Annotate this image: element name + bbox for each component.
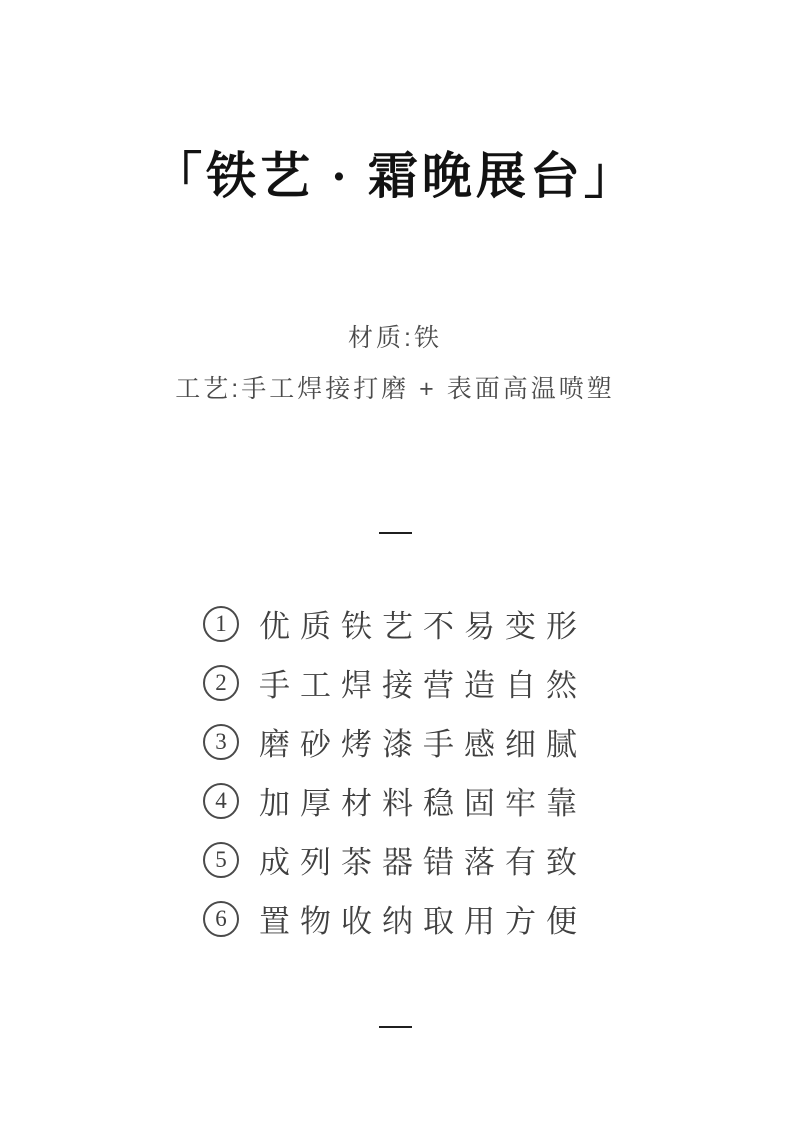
feature-text: 手工焊接营造自然	[259, 660, 587, 705]
feature-row: 3 磨砂烤漆手感细腻	[0, 712, 790, 771]
feature-number-badge: 5	[203, 842, 239, 878]
spec-block: 材质:铁 工艺:手工焊接打磨 + 表面高温喷塑	[0, 325, 790, 403]
divider-bottom	[379, 1026, 412, 1028]
spec-craft: 工艺:手工焊接打磨 + 表面高温喷塑	[0, 376, 790, 403]
feature-number-badge: 4	[203, 783, 239, 819]
feature-text: 加厚材料稳固牢靠	[259, 778, 587, 823]
feature-list: 1 优质铁艺不易变形 2 手工焊接营造自然 3 磨砂烤漆手感细腻 4 加厚材料稳…	[0, 594, 790, 948]
feature-number-badge: 3	[203, 724, 239, 760]
feature-row: 4 加厚材料稳固牢靠	[0, 771, 790, 830]
feature-row: 6 置物收纳取用方便	[0, 889, 790, 948]
spec-material: 材质:铁	[0, 325, 790, 352]
divider-top	[379, 532, 412, 534]
feature-row: 5 成列茶器错落有致	[0, 830, 790, 889]
product-description-page: 「铁艺 · 霜晚展台」 材质:铁 工艺:手工焊接打磨 + 表面高温喷塑 1 优质…	[0, 0, 790, 1121]
feature-row: 1 优质铁艺不易变形	[0, 594, 790, 653]
feature-number-badge: 2	[203, 665, 239, 701]
feature-number-badge: 1	[203, 606, 239, 642]
feature-text: 优质铁艺不易变形	[259, 601, 587, 646]
feature-text: 置物收纳取用方便	[259, 896, 587, 941]
feature-row: 2 手工焊接营造自然	[0, 653, 790, 712]
feature-number-badge: 6	[203, 901, 239, 937]
product-title: 「铁艺 · 霜晚展台」	[0, 0, 790, 207]
feature-text: 磨砂烤漆手感细腻	[259, 719, 587, 764]
feature-text: 成列茶器错落有致	[259, 837, 587, 882]
